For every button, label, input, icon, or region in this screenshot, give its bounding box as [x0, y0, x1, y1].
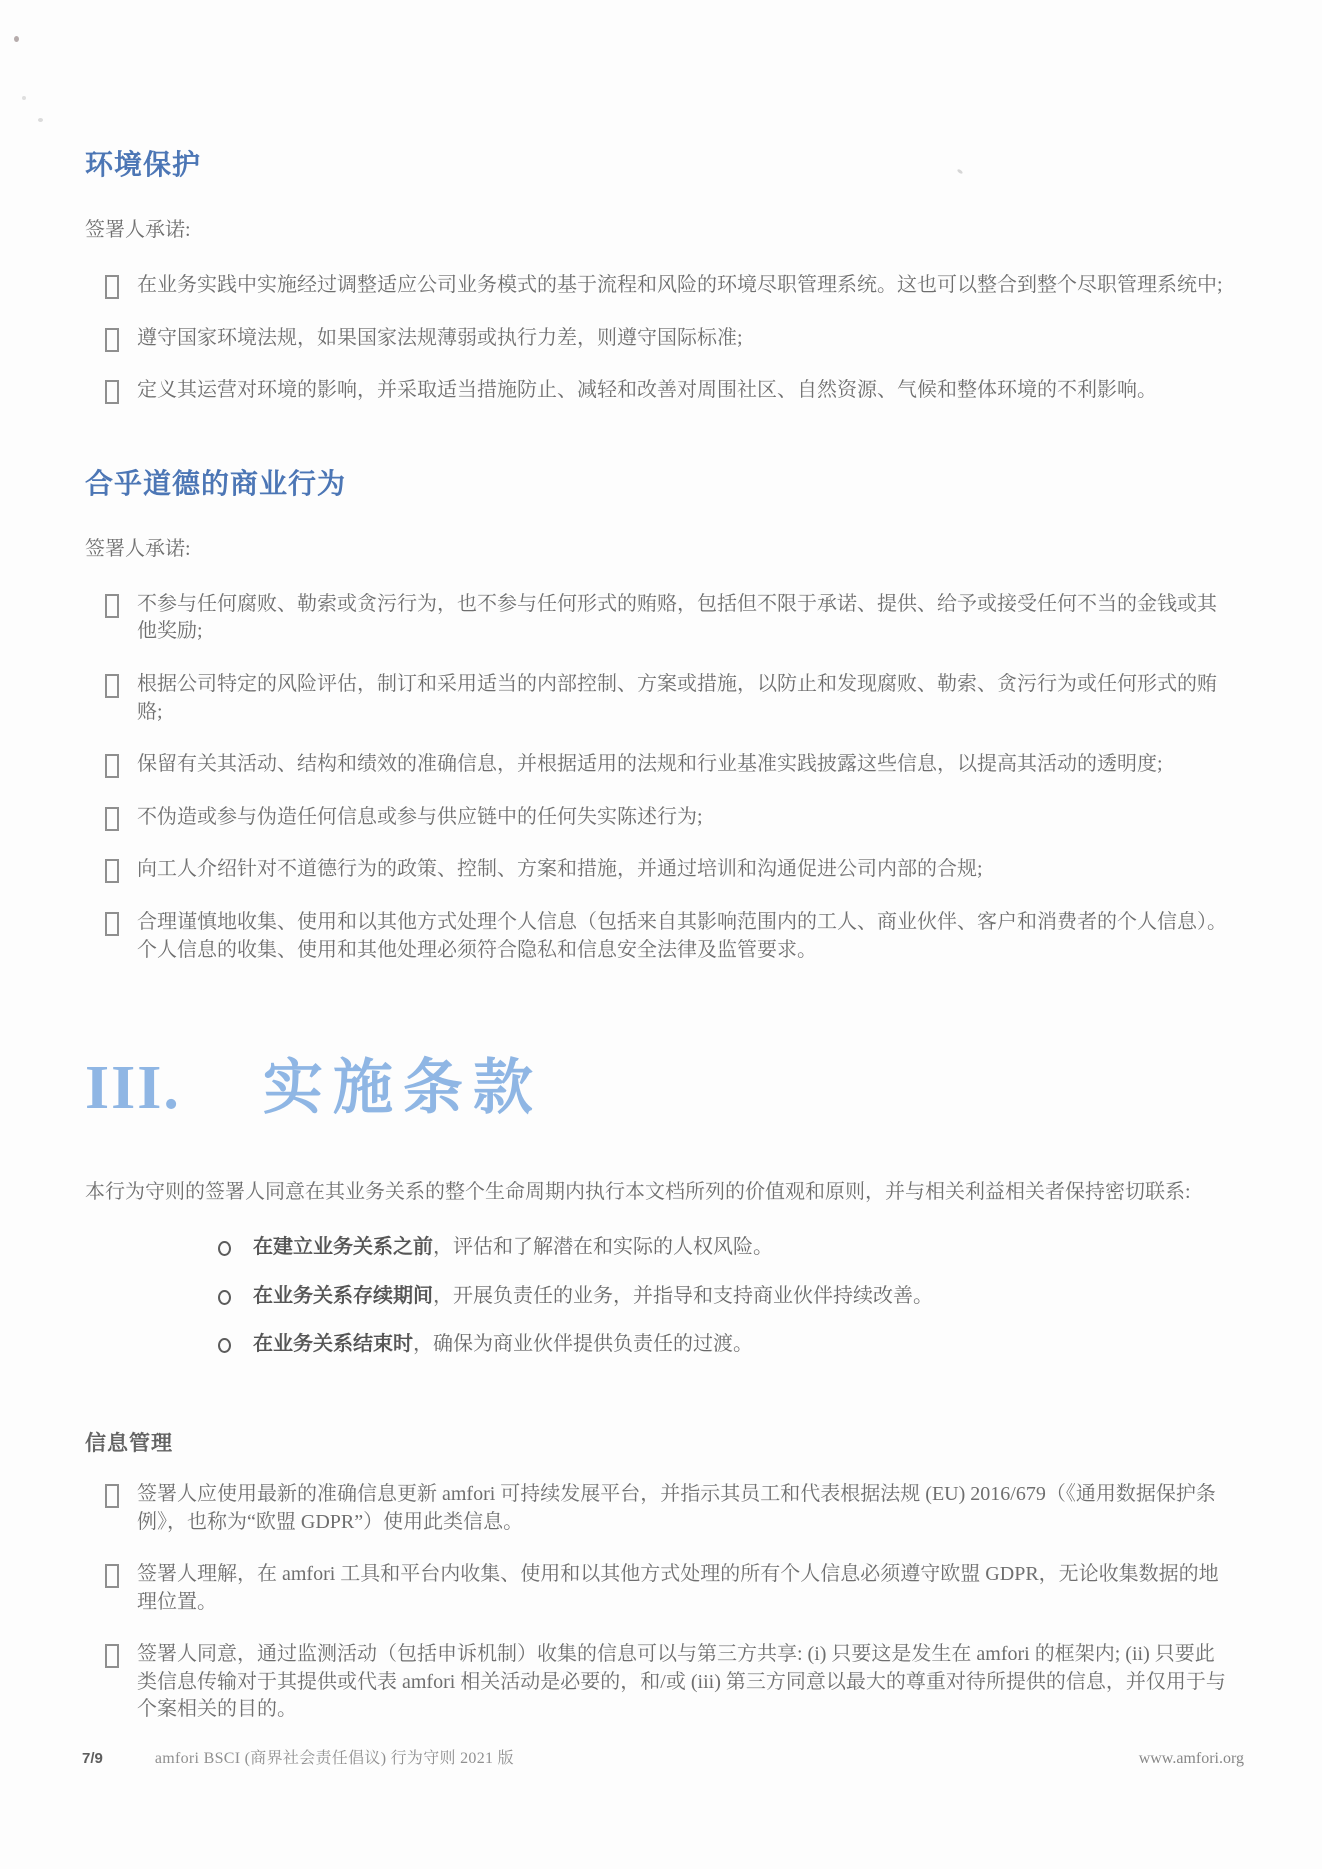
square-bullet-icon	[105, 1644, 119, 1668]
square-bullet-icon	[105, 275, 119, 299]
list-item-text: 签署人同意，通过监测活动（包括申诉机制）收集的信息可以与第三方共享: (i) 只…	[137, 1641, 1232, 1724]
square-bullet-icon	[105, 674, 119, 698]
square-bullet-icon	[105, 807, 119, 831]
list-item-text: 签署人理解，在 amfori 工具和平台内收集、使用和以其他方式处理的所有个人信…	[137, 1561, 1232, 1616]
square-bullet-icon	[105, 859, 119, 883]
list-item-text: 签署人应使用最新的准确信息更新 amfori 可持续发展平台，并指示其员工和代表…	[137, 1481, 1232, 1536]
document-title: amfori BSCI (商界社会责任倡议) 行为守则 2021 版	[155, 1745, 514, 1768]
list-item: 签署人应使用最新的准确信息更新 amfori 可持续发展平台，并指示其员工和代表…	[105, 1481, 1242, 1536]
list-item: 签署人同意，通过监测活动（包括申诉机制）收集的信息可以与第三方共享: (i) 只…	[105, 1641, 1242, 1724]
point-bold-lead: 在业务关系结束时	[253, 1333, 413, 1355]
section-heading-ethical-business: 合乎道德的商业行为	[85, 462, 1242, 502]
square-bullet-icon	[105, 380, 119, 404]
chapter-title: 实施条款	[263, 1040, 543, 1126]
list-item: 在业务关系存续期间，开展负责任的业务，并指导和支持商业伙伴持续改善。	[218, 1283, 1242, 1311]
square-bullet-icon	[105, 1564, 119, 1588]
list-item-text: 保留有关其活动、结构和绩效的准确信息，并根据适用的法规和行业基准实践披露这些信息…	[137, 751, 1163, 779]
website-url: www.amfori.org	[1139, 1750, 1244, 1768]
point-bold-lead: 在建立业务关系之前	[253, 1236, 433, 1258]
list-item-text: 合理谨慎地收集、使用和以其他方式处理个人信息（包括来自其影响范围内的工人、商业伙…	[137, 909, 1232, 964]
scan-artifact-speck	[38, 118, 43, 122]
list-item: 合理谨慎地收集、使用和以其他方式处理个人信息（包括来自其影响范围内的工人、商业伙…	[105, 909, 1242, 964]
point-bold-lead: 在业务关系存续期间	[253, 1285, 433, 1307]
chapter-numeral: III.	[85, 1053, 181, 1124]
circle-bullet-icon	[218, 1290, 231, 1305]
point-rest: ，确保为商业伙伴提供负责任的过渡。	[413, 1333, 753, 1355]
circle-bullet-icon	[218, 1241, 231, 1256]
square-bullet-icon	[105, 754, 119, 778]
list-item: 不伪造或参与伪造任何信息或参与供应链中的任何失实陈述行为;	[105, 804, 1242, 832]
page-content: 环境保护 签署人承诺: 在业务实践中实施经过调整适应公司业务模式的基于流程和风险…	[0, 0, 1322, 1724]
scan-artifact-speck	[14, 36, 19, 42]
subsection-heading-information-management: 信息管理	[85, 1427, 1242, 1457]
list-item-text: 不参与任何腐败、勒索或贪污行为，也不参与任何形式的贿赂，包括但不限于承诺、提供、…	[137, 591, 1232, 646]
square-bullet-icon	[105, 1484, 119, 1508]
list-item: 遵守国家环境法规，如果国家法规薄弱或执行力差，则遵守国际标准;	[105, 325, 1242, 353]
list-item: 在业务关系结束时，确保为商业伙伴提供负责任的过渡。	[218, 1331, 1242, 1359]
list-item-text: 定义其运营对环境的影响，并采取适当措施防止、减轻和改善对周围社区、自然资源、气候…	[137, 377, 1157, 405]
list-item: 向工人介绍针对不道德行为的政策、控制、方案和措施，并通过培训和沟通促进公司内部的…	[105, 856, 1242, 884]
list-item-text: 根据公司特定的风险评估，制订和采用适当的内部控制、方案或措施，以防止和发现腐败、…	[137, 671, 1232, 726]
square-bullet-icon	[105, 912, 119, 936]
list-item-text: 不伪造或参与伪造任何信息或参与供应链中的任何失实陈述行为;	[137, 804, 703, 832]
chapter-heading: III. 实施条款	[85, 1040, 1242, 1126]
list-item-text: 在业务实践中实施经过调整适应公司业务模式的基于流程和风险的环境尽职管理系统。这也…	[137, 272, 1223, 300]
circle-bullet-icon	[218, 1338, 231, 1353]
list-item-text: 在业务关系结束时，确保为商业伙伴提供负责任的过渡。	[253, 1331, 753, 1359]
chapter-lead-paragraph: 本行为守则的签署人同意在其业务关系的整个生命周期内执行本文档所列的价值观和原则，…	[85, 1178, 1235, 1206]
list-item: 不参与任何腐败、勒索或贪污行为，也不参与任何形式的贿赂，包括但不限于承诺、提供、…	[105, 591, 1242, 646]
page-number: 7/9	[82, 1750, 103, 1767]
list-item: 根据公司特定的风险评估，制订和采用适当的内部控制、方案或措施，以防止和发现腐败、…	[105, 671, 1242, 726]
list-item: 签署人理解，在 amfori 工具和平台内收集、使用和以其他方式处理的所有个人信…	[105, 1561, 1242, 1616]
section-intro: 签署人承诺:	[85, 213, 1242, 242]
list-item: 定义其运营对环境的影响，并采取适当措施防止、减轻和改善对周围社区、自然资源、气候…	[105, 377, 1242, 405]
list-item-text: 在建立业务关系之前，评估和了解潜在和实际的人权风险。	[253, 1234, 773, 1262]
list-item: 在建立业务关系之前，评估和了解潜在和实际的人权风险。	[218, 1234, 1242, 1262]
square-bullet-icon	[105, 594, 119, 618]
list-item-text: 在业务关系存续期间，开展负责任的业务，并指导和支持商业伙伴持续改善。	[253, 1283, 933, 1311]
chapter-points-list: 在建立业务关系之前，评估和了解潜在和实际的人权风险。 在业务关系存续期间，开展负…	[218, 1234, 1242, 1359]
list-item-text: 向工人介绍针对不道德行为的政策、控制、方案和措施，并通过培训和沟通促进公司内部的…	[137, 856, 983, 884]
point-rest: ，评估和了解潜在和实际的人权风险。	[433, 1236, 773, 1258]
scan-artifact-speck	[22, 96, 26, 100]
square-bullet-icon	[105, 328, 119, 352]
list-item: 保留有关其活动、结构和绩效的准确信息，并根据适用的法规和行业基准实践披露这些信息…	[105, 751, 1242, 779]
list-item-text: 遵守国家环境法规，如果国家法规薄弱或执行力差，则遵守国际标准;	[137, 325, 743, 353]
section-intro: 签署人承诺:	[85, 532, 1242, 561]
point-rest: ，开展负责任的业务，并指导和支持商业伙伴持续改善。	[433, 1285, 933, 1307]
list-item: 在业务实践中实施经过调整适应公司业务模式的基于流程和风险的环境尽职管理系统。这也…	[105, 272, 1242, 300]
page-footer: 7/9 amfori BSCI (商界社会责任倡议) 行为守则 2021 版 w…	[82, 1745, 1244, 1768]
scanned-document-page: 环境保护 签署人承诺: 在业务实践中实施经过调整适应公司业务模式的基于流程和风险…	[0, 0, 1322, 1869]
section-heading-environment: 环境保护	[85, 143, 1242, 183]
